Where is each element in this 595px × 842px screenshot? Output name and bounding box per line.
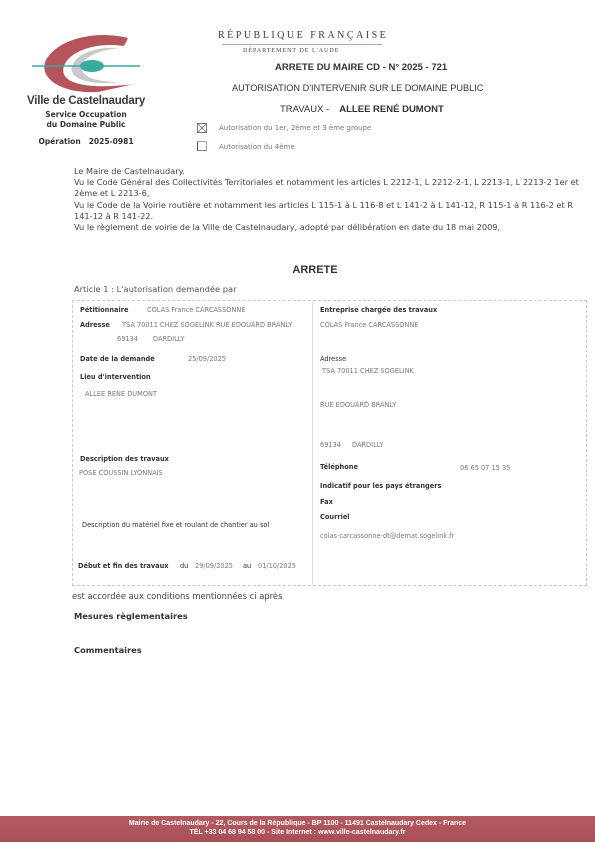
date-demande-label: Date de la demande [80,355,155,363]
checkbox-label-groupe-1-2-3: Autorisation du 1er, 2ème et 3 ème group… [219,124,371,132]
entreprise-label: Entreprise chargée des travaux [320,306,437,314]
operation-label: Opération [38,137,80,146]
autorisation-title: AUTORISATION D'INTERVENIR SUR LE DOMAINE… [232,83,483,93]
adresse-city: DARDILLY [153,335,185,343]
fax-label: Fax [320,498,333,506]
arrete-heading: ARRETE [0,264,595,276]
debut-value: 29/09/2025 [195,562,233,570]
operation-value: 2025-0981 [89,137,134,146]
city-logo [28,32,142,98]
travaux-title: TRAVAUX -ALLEE RENÉ DUMONT [280,104,444,115]
checkbox-label-groupe-4: Autorisation du 4ème [219,143,295,151]
preamble: Le Maire de Castelnaudary. Vu le Code Gé… [74,166,589,233]
entreprise-adresse-label: Adresse [320,355,346,363]
travaux-label: TRAVAUX - [280,104,329,115]
footer-address: Mairie de Castelnaudary - 22, Cours de l… [0,819,595,828]
fin-value: 01/10/2025 [258,562,296,570]
entreprise-value: COLAS France CARCASSONNE [320,321,419,329]
footer: Mairie de Castelnaudary - 22, Cours de l… [0,816,595,842]
petitionnaire-value: COLAS France CARCASSONNE [147,306,246,314]
description-travaux-value: POSE COUSSIN LYONNAIS [79,469,163,477]
entreprise-adresse-line1: TSA 70011 CHEZ SOGELINK [322,367,414,375]
adresse-cp: 69134 [117,335,138,343]
entreprise-cp: 69134 [320,441,341,449]
closing-sentence: est accordée aux conditions mentionnées … [72,591,282,601]
materiel-label: Description du matériel fixe et roulant … [82,521,269,529]
entreprise-city: DARDILLY [352,441,384,449]
preamble-maire: Le Maire de Castelnaudary. [74,166,589,177]
courriel-value[interactable]: colas-carcassonne-dt@demat.sogelink.fr [320,532,454,540]
petitionnaire-label: Pétitionnaire [80,306,128,314]
commentaires-heading: Commentaires [74,645,142,655]
header-divider [222,44,382,45]
service-name: Service Occupation du Domaine Public [20,110,152,130]
operation-number: Opération2025-0981 [20,137,152,146]
adresse-line1: TSA 70011 CHEZ SOGELINK RUE EDOUARD BRAN… [122,321,312,329]
courriel-label: Courriel [320,513,350,521]
preamble-reglement: Vu le règlement de voirie de la Ville de… [74,222,589,233]
du-label: du [180,562,188,570]
article-1: Article 1 : L'autorisation demandée par [74,284,237,294]
preamble-voirie: Vu le Code de la Voirie routière et nota… [74,200,589,222]
checkbox-groupe-1-2-3[interactable] [197,123,207,133]
footer-contact: TÉL +33 04 68 94 58 00 - Site Internet :… [0,828,595,837]
lieu-intervention-value: ALLEE RENÉ DUMONT [85,390,157,398]
service-line1: Service Occupation [20,110,152,120]
preamble-cgct: Vu le Code Général des Collectivités Ter… [74,177,589,199]
adresse-label: Adresse [80,321,110,329]
date-demande-value: 25/09/2025 [188,355,226,363]
entreprise-adresse-line2: RUE EDOUARD BRANLY [320,401,396,409]
checkbox-groupe-4[interactable] [197,141,207,151]
indicatif-label: Indicatif pour les pays étrangers [320,482,441,490]
description-travaux-label: Description des travaux [80,455,169,463]
telephone-label: Téléphone [320,463,358,471]
mesures-reglementaires-heading: Mesures règlementaires [74,611,188,621]
telephone-value: 06 65 07 15 35 [460,464,510,472]
debut-fin-label: Début et fin des travaux [78,562,169,570]
au-label: au [243,562,251,570]
travaux-location: ALLEE RENÉ DUMONT [339,104,444,115]
service-line2: du Domaine Public [20,120,152,130]
lieu-intervention-label: Lieu d'intervention [80,373,151,381]
city-name: Ville de Castelnaudary [20,95,152,107]
republique-francaise: RÉPUBLIQUE FRANÇAISE [218,30,388,41]
column-divider [312,301,313,585]
arrete-title: ARRETE DU MAIRE CD - N° 2025 - 721 [190,62,590,73]
departement: DÉPARTEMENT DE L'AUDE [243,48,339,54]
check-x-icon [197,123,207,133]
